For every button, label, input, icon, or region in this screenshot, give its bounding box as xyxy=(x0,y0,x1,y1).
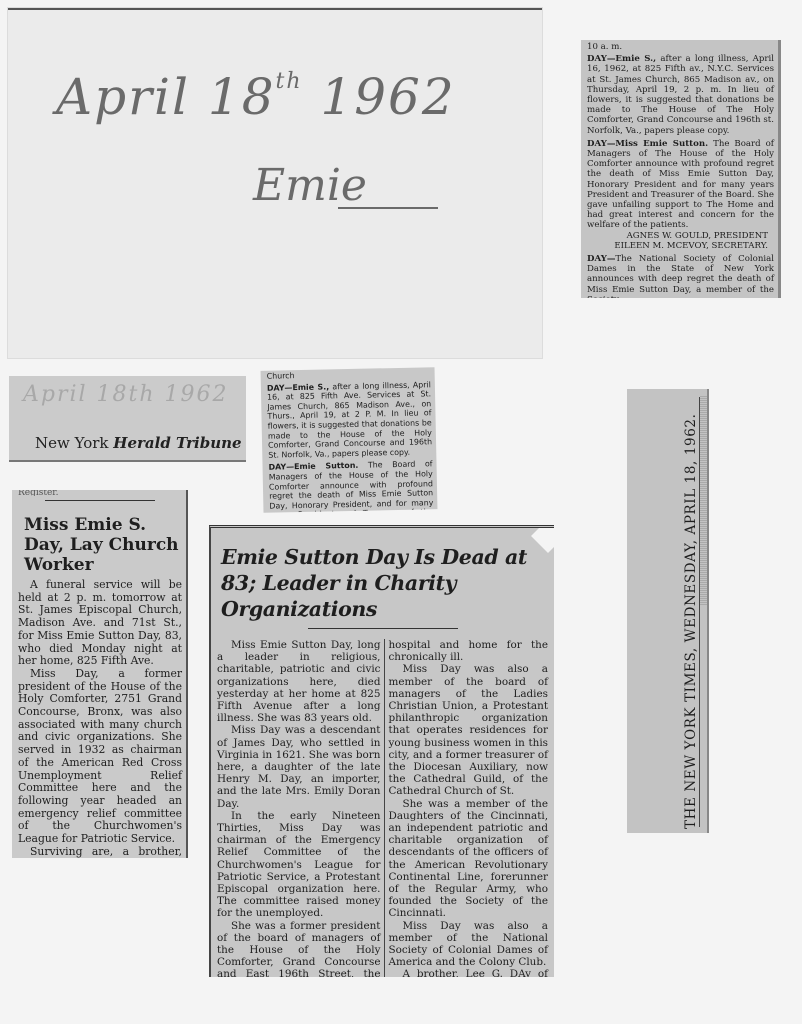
article-body: A funeral service will be held at 2 p. m… xyxy=(18,579,182,858)
handwritten-date-suffix: th xyxy=(276,69,303,94)
article-paragraph: A funeral service will be held at 2 p. m… xyxy=(18,579,182,668)
handwritten-date-text: April 18 xyxy=(56,68,276,126)
newspaper-masthead: New York Herald Tribune xyxy=(35,434,242,452)
notice-item: DAY—Miss Emie Sutton. The Board of Manag… xyxy=(587,139,774,251)
notice-item: DAY—Emie S., after a long illness, April… xyxy=(587,54,774,136)
death-notices-clipping-right: 10 a. m. DAY—Emie S., after a long illne… xyxy=(581,40,781,298)
article-paragraph: She was a member of the Daughters of the… xyxy=(388,798,548,920)
article-paragraph: Miss Day was also a member of the Nation… xyxy=(388,920,548,969)
article-paragraph: hospital and home for the chronically il… xyxy=(388,639,548,663)
herald-tribune-masthead-clipping: April 18th 1962 New York Herald Tribune xyxy=(9,376,246,462)
article-paragraph: Miss Day was a descendant of James Day, … xyxy=(217,724,380,809)
death-notices-clipping-middle: Church DAY—Emie S., after a long illness… xyxy=(261,367,438,513)
article-paragraph: Miss Emie Sutton Day, long a leader in r… xyxy=(217,639,380,724)
column-shading xyxy=(700,395,709,605)
article-fragment: Register. xyxy=(18,490,182,496)
divider xyxy=(308,628,458,629)
article-paragraph: Surviving are, a brother, Lee Garnett Da… xyxy=(18,846,182,858)
notice-item: DAY—Emie S., after a long illness, April… xyxy=(267,380,433,460)
handwritten-date: April 18th 1962 xyxy=(23,382,229,407)
notice-signature: AGNES W. GOULD, President xyxy=(587,231,774,241)
article-paragraph: Miss Day, a former president of the Hous… xyxy=(18,668,182,846)
notice-signature: EILEEN M. McEVOY, Secretary. xyxy=(587,241,774,251)
envelope: April 18th 1962 Emie xyxy=(8,8,542,358)
article-headline: Miss Emie S. Day, Lay Church Worker xyxy=(24,515,182,575)
lay-church-worker-article: Register. Miss Emie S. Day, Lay Church W… xyxy=(12,490,188,858)
notice-item: DAY—The National Society of Colonial Dam… xyxy=(587,254,774,298)
divider xyxy=(699,397,700,827)
handwritten-date: April 18th 1962 xyxy=(56,68,456,126)
article-paragraph: In the early Nineteen Thirties, Miss Day… xyxy=(217,810,380,920)
masthead-gothic: Herald Tribune xyxy=(113,434,241,452)
masthead-plain: New York xyxy=(35,434,109,452)
nyt-obituary-article: Emie Sutton Day Is Dead at 83; Leader in… xyxy=(209,525,554,977)
notice-item: DAY—Emie Sutton. The Board of Managers o… xyxy=(268,460,434,513)
article-paragraph: A brother, Lee G. DAy of West Cornwall, … xyxy=(388,968,548,977)
nyt-dateline-clipping: THE NEW YORK TIMES, WEDNESDAY, APRIL 18,… xyxy=(627,389,709,833)
article-columns: Miss Emie Sutton Day, long a leader in r… xyxy=(217,639,548,977)
article-headline: Emie Sutton Day Is Dead at 83; Leader in… xyxy=(221,544,548,622)
article-column-left: Miss Emie Sutton Day, long a leader in r… xyxy=(217,639,380,977)
handwritten-name: Emie xyxy=(253,160,367,211)
handwritten-year: 1962 xyxy=(320,68,455,126)
article-paragraph: Miss Day was also a member of the board … xyxy=(388,663,548,797)
newspaper-dateline: THE NEW YORK TIMES, WEDNESDAY, APRIL 18,… xyxy=(683,414,699,830)
notice-fragment: Church xyxy=(267,368,431,381)
article-paragraph: She was a former president of the board … xyxy=(217,920,380,977)
article-column-right: hospital and home for the chronically il… xyxy=(384,639,548,977)
notice-fragment: 10 a. m. xyxy=(587,42,774,52)
divider xyxy=(45,500,155,501)
handwritten-underline xyxy=(338,207,438,209)
